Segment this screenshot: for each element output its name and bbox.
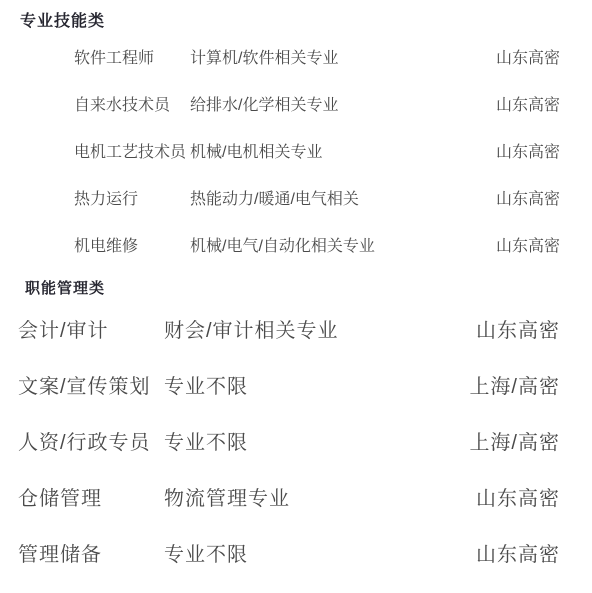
job-row: 软件工程师 计算机/软件相关专业 山东高密 xyxy=(0,33,592,80)
job-major: 专业不限 xyxy=(164,538,414,567)
job-row: 机电维修 机械/电气/自动化相关专业 山东高密 xyxy=(0,221,592,268)
job-major: 机械/电气/自动化相关专业 xyxy=(190,233,440,256)
job-major: 财会/审计相关专业 xyxy=(164,314,414,343)
job-title: 仓储管理 xyxy=(18,482,164,511)
job-listing-page: 专业技能类 软件工程师 计算机/软件相关专业 山东高密 自来水技术员 给排水/化… xyxy=(0,0,592,593)
job-location: 上海/高密 xyxy=(469,426,560,455)
job-location: 山东高密 xyxy=(496,186,560,209)
job-title: 热力运行 xyxy=(74,186,190,209)
job-location: 山东高密 xyxy=(496,45,560,68)
job-row: 电机工艺技术员 机械/电机相关专业 山东高密 xyxy=(0,127,592,174)
job-title: 会计/审计 xyxy=(18,314,164,343)
job-location: 山东高密 xyxy=(496,139,560,162)
job-location: 山东高密 xyxy=(476,314,560,343)
job-major: 给排水/化学相关专业 xyxy=(190,92,440,115)
job-location: 上海/高密 xyxy=(469,370,560,399)
section-heading-technical: 专业技能类 xyxy=(20,8,105,31)
section-management-rows: 会计/审计 财会/审计相关专业 山东高密 文案/宣传策划 专业不限 上海/高密 … xyxy=(0,300,592,580)
job-location: 山东高密 xyxy=(476,482,560,511)
job-major: 机械/电机相关专业 xyxy=(190,139,440,162)
job-major: 专业不限 xyxy=(164,370,414,399)
job-title: 人资/行政专员 xyxy=(18,426,164,455)
job-location: 山东高密 xyxy=(496,92,560,115)
job-title: 软件工程师 xyxy=(74,45,190,68)
section-technical-rows: 软件工程师 计算机/软件相关专业 山东高密 自来水技术员 给排水/化学相关专业 … xyxy=(0,33,592,268)
job-row: 管理储备 专业不限 山东高密 xyxy=(0,524,592,580)
job-location: 山东高密 xyxy=(476,538,560,567)
job-title: 机电维修 xyxy=(74,233,190,256)
job-row: 文案/宣传策划 专业不限 上海/高密 xyxy=(0,356,592,412)
job-row: 人资/行政专员 专业不限 上海/高密 xyxy=(0,412,592,468)
job-row: 热力运行 热能动力/暖通/电气相关 山东高密 xyxy=(0,174,592,221)
job-major: 专业不限 xyxy=(164,426,414,455)
job-title: 文案/宣传策划 xyxy=(18,370,164,399)
job-major: 物流管理专业 xyxy=(164,482,414,511)
job-title: 管理储备 xyxy=(18,538,164,567)
section-heading-management: 职能管理类 xyxy=(25,277,105,298)
job-row: 仓储管理 物流管理专业 山东高密 xyxy=(0,468,592,524)
job-row: 自来水技术员 给排水/化学相关专业 山东高密 xyxy=(0,80,592,127)
job-location: 山东高密 xyxy=(496,233,560,256)
job-major: 热能动力/暖通/电气相关 xyxy=(190,186,440,209)
job-title: 自来水技术员 xyxy=(74,92,190,115)
job-major: 计算机/软件相关专业 xyxy=(190,45,440,68)
job-title: 电机工艺技术员 xyxy=(74,139,190,162)
job-row: 会计/审计 财会/审计相关专业 山东高密 xyxy=(0,300,592,356)
